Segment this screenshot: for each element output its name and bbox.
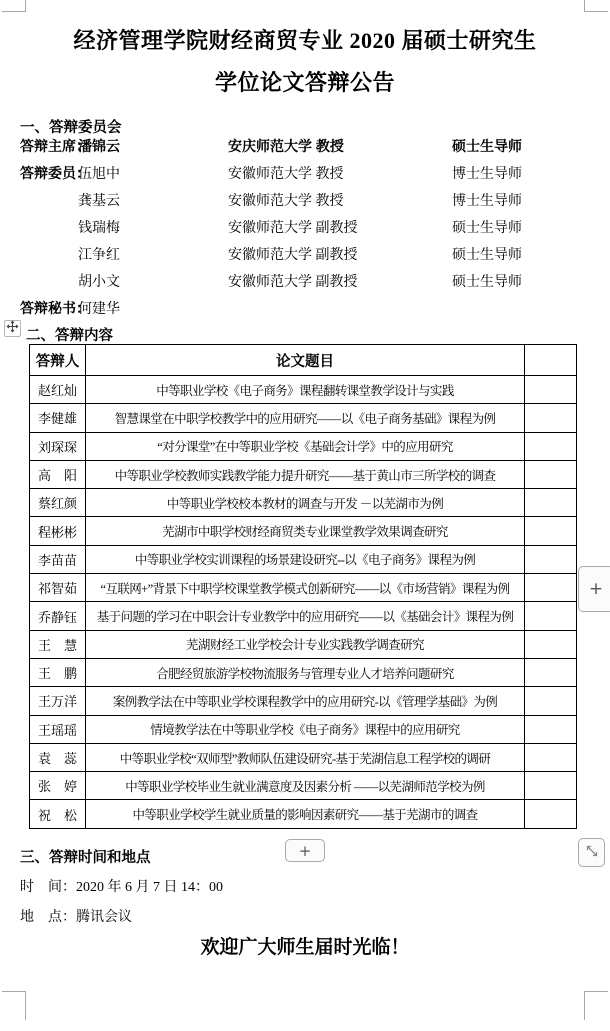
margin-crop-mark-bottom-left [2,991,26,1020]
member-affiliation: 安徽师范大学 教授 [228,190,344,210]
empty-cell [525,772,577,800]
thesis-title: 合肥经贸旅游学校物流服务与管理专业人才培养问题研究 [86,658,525,686]
table-row: 蔡红颜 中等职业学校校本教材的调查与开发 －以芜湖市为例 [30,489,577,517]
place-label: 地 点： [20,910,76,925]
thesis-title: 芜湖市中职学校财经商贸类专业课堂教学效果调查研究 [86,517,525,545]
table-resize-handle[interactable] [578,838,605,867]
table-row: 赵红灿 中等职业学校《电子商务》课程翻转课堂教学设计与实践 [30,376,577,404]
defense-table: 答辩人 论文题目 赵红灿 中等职业学校《电子商务》课程翻转课堂教学设计与实践 李… [29,344,577,829]
margin-crop-mark-top-right [584,0,608,12]
margin-crop-mark-bottom-right [584,991,608,1020]
header-empty [525,345,577,376]
table-row: 祝 松 中等职业学校学生就业质量的影响因素研究——基于芜湖市的调查 [30,800,577,828]
thesis-title: 基于问题的学习在中职会计专业教学中的应用研究——以《基础会计》课程为例 [86,602,525,630]
table-row: 李苗苗 中等职业学校实训课程的场景建设研究--以《电子商务》课程为例 [30,545,577,573]
table-move-handle[interactable] [4,320,21,337]
member-name: 伍旭中 [78,163,120,183]
header-defender: 答辩人 [30,345,86,376]
table-header-row: 答辩人 论文题目 [30,345,577,376]
secretary-name: 何建华 [78,298,120,318]
thesis-title: 智慧课堂在中职学校教学中的应用研究——以《电子商务基础》课程为例 [86,404,525,432]
defender-name: 王瑶瑶 [30,715,86,743]
thesis-title: “对分课堂”在中等职业学校《基础会计学》中的应用研究 [86,432,525,460]
member-title: 博士生导师 [452,163,522,183]
empty-cell [525,376,577,404]
defender-name: 祝 松 [30,800,86,828]
defender-name: 王 慧 [30,630,86,658]
plus-icon: + [299,842,312,860]
margin-crop-mark-top-left [2,0,26,12]
header-thesis-title: 论文题目 [86,345,525,376]
defender-name: 王 鹏 [30,658,86,686]
thesis-title: 中等职业学校《电子商务》课程翻转课堂教学设计与实践 [86,376,525,404]
defender-name: 李苗苗 [30,545,86,573]
insert-row-button[interactable]: + [285,839,325,862]
member-title: 硕士生导师 [452,271,522,291]
section-heading-time-place: 三、答辩时间和地点 [20,846,151,867]
table-row: 程彬彬 芜湖市中职学校财经商贸类专业课堂教学效果调查研究 [30,517,577,545]
insert-column-button[interactable]: + [578,566,610,612]
defense-time-row: 时 间：2020 年 6 月 7 日 14：00 [20,876,223,896]
closing-welcome-line: 欢迎广大师生届时光临！ [0,932,610,959]
table-row: 王瑶瑶 情境教学法在中等职业学校《电子商务》课程中的应用研究 [30,715,577,743]
defender-name: 程彬彬 [30,517,86,545]
committee-secretary-row: 答辩秘书： 何建华 [0,298,610,318]
time-value: 2020 年 6 月 7 日 14：00 [76,880,223,895]
empty-cell [525,545,577,573]
section-heading-committee: 一、答辩委员会 [20,116,122,137]
chair-title: 硕士生导师 [452,136,522,156]
thesis-title: 中等职业学校“双师型”教师队伍建设研究-基于芜湖信息工程学校的调研 [86,743,525,771]
committee-member-row: 江争红 安徽师范大学 副教授 硕士生导师 [0,244,610,264]
empty-cell [525,574,577,602]
thesis-title: 中等职业学校校本教材的调查与开发 －以芜湖市为例 [86,489,525,517]
thesis-title: 中等职业学校学生就业质量的影响因素研究——基于芜湖市的调查 [86,800,525,828]
empty-cell [525,517,577,545]
member-affiliation: 安徽师范大学 副教授 [228,244,358,264]
member-name: 胡小文 [78,271,120,291]
committee-chair-row: 答辩主席： 潘锦云 安庆师范大学 教授 硕士生导师 [0,136,610,156]
defender-name: 高 阳 [30,460,86,488]
table-row: 祁智茹 “互联网+”背景下中职学校课堂教学模式创新研究——以《市场营销》课程为例 [30,574,577,602]
defender-name: 祁智茹 [30,574,86,602]
plus-icon: + [589,579,603,599]
committee-member-row: 钱瑞梅 安徽师范大学 副教授 硕士生导师 [0,217,610,237]
thesis-title: 中等职业学校实训课程的场景建设研究--以《电子商务》课程为例 [86,545,525,573]
table-row: 王 慧 芜湖财经工业学校会计专业实践教学调查研究 [30,630,577,658]
member-affiliation: 安徽师范大学 教授 [228,163,344,183]
thesis-title: “互联网+”背景下中职学校课堂教学模式创新研究——以《市场营销》课程为例 [86,574,525,602]
defender-name: 赵红灿 [30,376,86,404]
thesis-title: 中等职业学校毕业生就业满意度及因素分析 ——以芜湖师范学校为例 [86,772,525,800]
empty-cell [525,715,577,743]
empty-cell [525,687,577,715]
defender-name: 蔡红颜 [30,489,86,517]
defender-name: 乔静钰 [30,602,86,630]
empty-cell [525,404,577,432]
table-row: 张 婷 中等职业学校毕业生就业满意度及因素分析 ——以芜湖师范学校为例 [30,772,577,800]
committee-member-row: 答辩委员： 伍旭中 安徽师范大学 教授 博士生导师 [0,163,610,183]
thesis-title: 芜湖财经工业学校会计专业实践教学调查研究 [86,630,525,658]
defender-name: 张 婷 [30,772,86,800]
empty-cell [525,602,577,630]
section-heading-defense-content: 二、答辩内容 [26,324,113,345]
defense-place-row: 地 点：腾讯会议 [20,906,132,926]
table-row: 高 阳 中等职业学校教师实践教学能力提升研究——基于黄山市三所学校的调查 [30,460,577,488]
place-value: 腾讯会议 [76,910,132,925]
thesis-title: 案例教学法在中等职业学校课程教学中的应用研究-以《管理学基础》为例 [86,687,525,715]
member-title: 博士生导师 [452,190,522,210]
table-row: 袁 蕊 中等职业学校“双师型”教师队伍建设研究-基于芜湖信息工程学校的调研 [30,743,577,771]
member-title: 硕士生导师 [452,244,522,264]
member-name: 江争红 [78,244,120,264]
member-affiliation: 安徽师范大学 副教授 [228,217,358,237]
defender-name: 刘琛琛 [30,432,86,460]
page-title-line1: 经济管理学院财经商贸专业 2020 届硕士研究生 [0,24,610,55]
resize-arrows-icon [583,842,601,864]
defender-name: 王万洋 [30,687,86,715]
table-row: 乔静钰 基于问题的学习在中职会计专业教学中的应用研究——以《基础会计》课程为例 [30,602,577,630]
chair-name: 潘锦云 [78,136,120,156]
member-title: 硕士生导师 [452,217,522,237]
defender-name: 李健雄 [30,404,86,432]
empty-cell [525,800,577,828]
member-affiliation: 安徽师范大学 副教授 [228,271,358,291]
time-label: 时 间： [20,880,76,895]
committee-member-row: 胡小文 安徽师范大学 副教授 硕士生导师 [0,271,610,291]
committee-member-row: 龚基云 安徽师范大学 教授 博士生导师 [0,190,610,210]
empty-cell [525,432,577,460]
table-row: 王万洋 案例教学法在中等职业学校课程教学中的应用研究-以《管理学基础》为例 [30,687,577,715]
document-page: 经济管理学院财经商贸专业 2020 届硕士研究生 学位论文答辩公告 一、答辩委员… [0,0,610,1031]
empty-cell [525,460,577,488]
member-name: 钱瑞梅 [78,217,120,237]
chair-affiliation: 安庆师范大学 教授 [228,136,344,156]
defender-name: 袁 蕊 [30,743,86,771]
page-title-line2: 学位论文答辩公告 [0,66,610,97]
empty-cell [525,630,577,658]
table-row: 王 鹏 合肥经贸旅游学校物流服务与管理专业人才培养问题研究 [30,658,577,686]
thesis-title: 中等职业学校教师实践教学能力提升研究——基于黄山市三所学校的调查 [86,460,525,488]
table-row: 刘琛琛 “对分课堂”在中等职业学校《基础会计学》中的应用研究 [30,432,577,460]
member-name: 龚基云 [78,190,120,210]
empty-cell [525,489,577,517]
move-arrows-icon [6,320,19,338]
empty-cell [525,743,577,771]
table-row: 李健雄 智慧课堂在中职学校教学中的应用研究——以《电子商务基础》课程为例 [30,404,577,432]
thesis-title: 情境教学法在中等职业学校《电子商务》课程中的应用研究 [86,715,525,743]
empty-cell [525,658,577,686]
